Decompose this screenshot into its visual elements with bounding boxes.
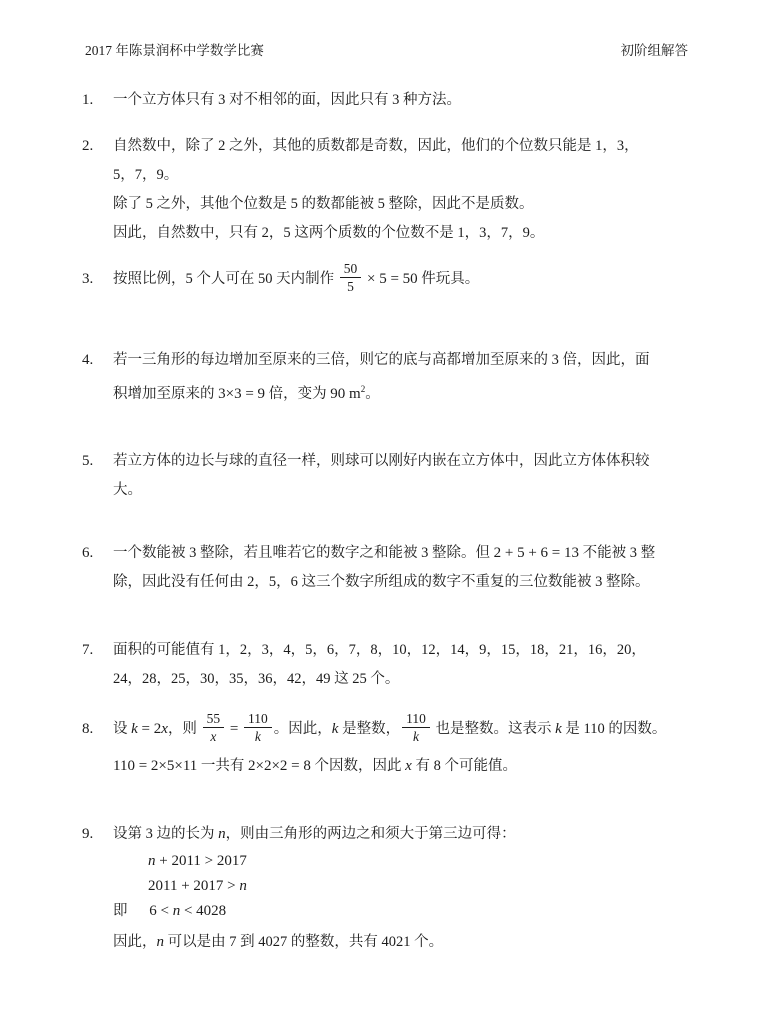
variable-segment: n [239,878,247,894]
solution-item: 6.一个数能被 3 整除，若且唯若它的数字之和能被 3 整除。但 2 + 5 +… [82,539,688,597]
text-segment: 积增加至原来的 [113,386,218,402]
math-segment: 2 + 5 + 6 = 13 [494,545,579,561]
item-body: 面积的可能值有 1，2，3，4，5，6，7，8，10，12，14，9，15，18… [113,636,688,694]
math-segment: 2011 + 2017 > [148,878,239,894]
variable-segment: n [148,853,156,869]
text-segment: 设第 3 边的长为 [113,826,218,842]
text-segment: 一个立方体只有 3 对不相邻的面，因此只有 3 种方法。 [113,92,461,108]
text-line: 大。 [113,476,688,505]
variable-segment: n [157,934,165,950]
text-line: 按照比例，5 个人可在 50 天内制作 505 × 5 = 50 件玩具。 [113,256,688,302]
text-segment: 即 [113,903,149,919]
math-segment: < 4028 [180,903,226,919]
item-number: 9. [82,820,113,849]
fraction-numerator: 55 [203,711,225,727]
fraction-numerator: 110 [244,711,272,727]
variable-segment: x [405,758,412,774]
text-segment: 不能被 3 整 [579,545,655,561]
solution-item: 5.若立方体的边长与球的直径一样，则球可以刚好内嵌在立方体中，因此立方体体积较大… [82,447,688,505]
text-segment: 一个数能被 3 整除，若且唯若它的数字之和能被 3 整除。但 [113,545,494,561]
item-number: 4. [82,346,113,375]
math-segment: 90 m [330,386,360,402]
item-body: 若立方体的边长与球的直径一样，则球可以刚好内嵌在立方体中，因此立方体体积较大。 [113,447,688,505]
solution-item: 9.设第 3 边的长为 n，则由三角形的两边之和须大于第三边可得：n + 201… [82,820,688,957]
text-segment: 若一三角形的每边增加至原来的三倍，则它的底与高都增加至原来的 3 倍，因此，面 [113,352,650,368]
item-body: 若一三角形的每边增加至原来的三倍，则它的底与高都增加至原来的 3 倍，因此，面积… [113,346,688,409]
text-line: 若立方体的边长与球的直径一样，则球可以刚好内嵌在立方体中，因此立方体体积较 [113,447,688,476]
math-segment: + 2011 > 2017 [156,853,247,869]
solution-item: 3.按照比例，5 个人可在 50 天内制作 505 × 5 = 50 件玩具。 [82,256,688,302]
item-number: 8. [82,706,113,752]
item-body: 一个数能被 3 整除，若且唯若它的数字之和能被 3 整除。但 2 + 5 + 6… [113,539,688,597]
text-line: 积增加至原来的 3×3 = 9 倍，变为 90 m2。 [113,375,688,409]
text-line: 因此，n 可以是由 7 到 4027 的整数，共有 4021 个。 [113,928,688,957]
fraction: 505 [340,261,362,294]
text-line: 除，因此没有任何由 2，5，6 这三个数字所组成的数字不重复的三位数能被 3 整… [113,568,688,597]
text-line: 即 6 < n < 4028 [113,899,688,924]
equation-line: 2011 + 2017 > n [148,874,688,899]
math-segment: 6 < [149,903,172,919]
item-number: 3. [82,256,113,302]
text-line: 一个立方体只有 3 对不相邻的面，因此只有 3 种方法。 [113,86,688,115]
document-page: 2017 年陈景润杯中学数学比赛 初阶组解答 1.一个立方体只有 3 对不相邻的… [0,0,768,1024]
solution-item: 4.若一三角形的每边增加至原来的三倍，则它的底与高都增加至原来的 3 倍，因此，… [82,346,688,409]
text-line: 24，28，25，30，35，36，42，49 这 25 个。 [113,665,688,694]
text-segment: 按照比例，5 个人可在 50 天内制作 [113,271,338,287]
equation-line: n + 2011 > 2017 [148,849,688,874]
solution-item: 8.设 k = 2x，则 55x = 110k。因此，k 是整数，110k 也是… [82,706,688,781]
item-body: 按照比例，5 个人可在 50 天内制作 505 × 5 = 50 件玩具。 [113,256,688,302]
text-segment: 个因数，因此 [311,758,405,774]
text-line: 因此，自然数中，只有 2，5 这两个质数的个位数不是 1，3，7，9。 [113,219,688,248]
text-segment: 除，因此没有任何由 2，5，6 这三个数字所组成的数字不重复的三位数能被 3 整… [113,574,650,590]
math-segment: 3×3 = 9 [218,386,265,402]
text-segment: 24，28，25，30，35，36，42，49 这 25 个。 [113,671,399,687]
text-line: 设第 3 边的长为 n，则由三角形的两边之和须大于第三边可得： [113,820,688,849]
text-line: 除了 5 之外，其他个位数是 5 的数都能被 5 整除，因此不是质数。 [113,190,688,219]
text-segment: 。因此， [274,721,332,737]
text-segment: ，则 [168,721,201,737]
fraction-numerator: 110 [402,711,430,727]
text-segment: 件玩具。 [418,271,480,287]
fraction-denominator: x [203,727,225,744]
text-line: 若一三角形的每边增加至原来的三倍，则它的底与高都增加至原来的 3 倍，因此，面 [113,346,688,375]
text-segment: 有 8 个可能值。 [412,758,517,774]
item-number: 7. [82,636,113,665]
text-line: 面积的可能值有 1，2，3，4，5，6，7，8，10，12，14，9，15，18… [113,636,688,665]
text-segment: 。 [365,386,380,402]
text-line: 5，7，9。 [113,161,688,190]
text-segment: 设 [113,721,131,737]
math-segment: × 5 = 50 [363,271,417,287]
solution-item: 7.面积的可能值有 1，2，3，4，5，6，7，8，10，12，14，9，15，… [82,636,688,694]
item-number: 2. [82,132,113,161]
item-number: 6. [82,539,113,568]
text-segment: 可以是由 7 到 4027 的整数，共有 4021 个。 [164,934,443,950]
fraction-denominator: k [402,727,430,744]
item-number: 5. [82,447,113,476]
fraction-numerator: 50 [340,261,362,277]
variable-segment: k [131,721,138,737]
text-segment: 5，7，9。 [113,167,178,183]
text-segment: 自然数中，除了 2 之外，其他的质数都是奇数，因此，他们的个位数只能是 1，3， [113,138,639,154]
fraction-denominator: k [244,727,272,744]
header-title-right: 初阶组解答 [621,42,689,60]
text-segment: 面积的可能值有 1，2，3，4，5，6，7，8，10，12，14，9，15，18… [113,642,646,658]
math-segment: = 2 [138,721,161,737]
item-body: 自然数中，除了 2 之外，其他的质数都是奇数，因此，他们的个位数只能是 1，3，… [113,132,688,248]
text-segment: 倍，变为 [265,386,330,402]
variable-segment: k [555,721,562,737]
text-segment: 大。 [113,482,142,498]
math-segment: 110 = 2×5×11 [113,758,197,774]
text-line: 110 = 2×5×11 一共有 2×2×2 = 8 个因数，因此 x 有 8 … [113,752,688,781]
variable-segment: x [161,721,168,737]
page-header: 2017 年陈景润杯中学数学比赛 初阶组解答 [82,42,688,60]
header-title-left: 2017 年陈景润杯中学数学比赛 [85,42,264,60]
fraction: 110k [244,711,272,744]
fraction: 55x [203,711,225,744]
item-number: 1. [82,86,113,115]
solution-list: 1.一个立方体只有 3 对不相邻的面，因此只有 3 种方法。2.自然数中，除了 … [82,86,688,957]
text-segment: 也是整数。这表示 [432,721,555,737]
text-segment: 因此， [113,934,157,950]
item-body: 一个立方体只有 3 对不相邻的面，因此只有 3 种方法。 [113,86,688,115]
text-segment: 若立方体的边长与球的直径一样，则球可以刚好内嵌在立方体中，因此立方体体积较 [113,453,650,469]
fraction-denominator: 5 [340,277,362,294]
solution-item: 2.自然数中，除了 2 之外，其他的质数都是奇数，因此，他们的个位数只能是 1，… [82,132,688,248]
text-line: 一个数能被 3 整除，若且唯若它的数字之和能被 3 整除。但 2 + 5 + 6… [113,539,688,568]
solution-item: 1.一个立方体只有 3 对不相邻的面，因此只有 3 种方法。 [82,86,688,115]
math-segment: = [226,721,242,737]
text-segment: ，则由三角形的两边之和须大于第三边可得： [226,826,516,842]
math-segment: 2×2×2 = 8 [248,758,311,774]
text-line: 设 k = 2x，则 55x = 110k。因此，k 是整数，110k 也是整数… [113,706,688,752]
text-segment: 是整数， [338,721,400,737]
text-segment: 是 110 的因数。 [562,721,667,737]
item-body: 设第 3 边的长为 n，则由三角形的两边之和须大于第三边可得：n + 2011 … [113,820,688,957]
text-line: 自然数中，除了 2 之外，其他的质数都是奇数，因此，他们的个位数只能是 1，3， [113,132,688,161]
item-body: 设 k = 2x，则 55x = 110k。因此，k 是整数，110k 也是整数… [113,706,688,781]
text-segment: 除了 5 之外，其他个位数是 5 的数都能被 5 整除，因此不是质数。 [113,196,534,212]
text-segment: 因此，自然数中，只有 2，5 这两个质数的个位数不是 1，3，7，9。 [113,225,544,241]
fraction: 110k [402,711,430,744]
variable-segment: n [218,826,226,842]
text-segment: 一共有 [197,758,248,774]
